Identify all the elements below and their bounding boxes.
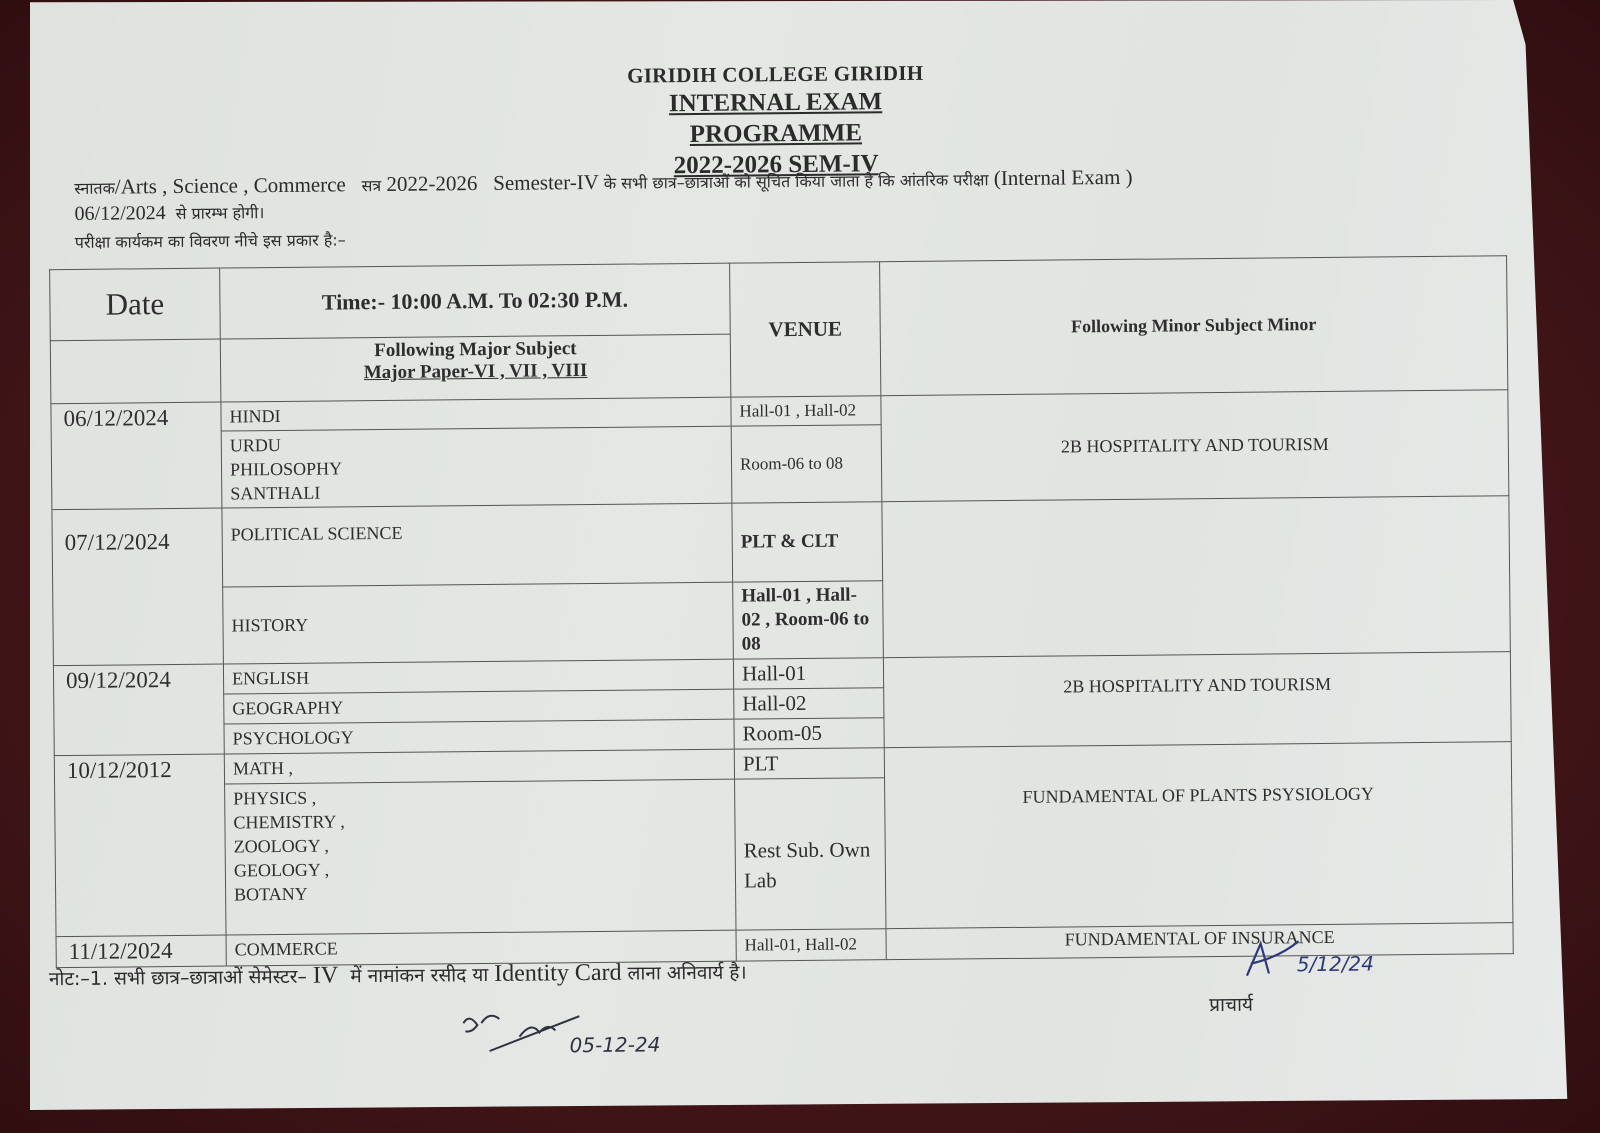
header-venue: VENUE	[730, 262, 881, 397]
header-major: Following Major Subject Major Paper-VI ,…	[220, 334, 731, 402]
date-cell: 09/12/2024	[53, 664, 224, 756]
officer-signature: 05-12-24	[459, 1001, 730, 1069]
intro-hindi-notice: के सभी छात्र–छात्राओं को सूचित किया जाता…	[604, 170, 989, 193]
header-date: Date	[50, 268, 221, 341]
venue-cell: Hall-01 , Hall-02	[731, 396, 881, 426]
exam-title-line1: INTERNAL EXAM	[555, 85, 995, 120]
header-date-blank	[50, 339, 221, 404]
header-major-line2: Major Paper-VI , VII , VIII	[229, 359, 722, 386]
date-cell: 07/12/2024	[52, 508, 223, 666]
note-identity-card: Identity Card	[494, 960, 622, 987]
start-date: 06/12/2024	[74, 202, 165, 225]
header-time: Time:- 10:00 A.M. To 02:30 P.M.	[220, 263, 731, 339]
note-hindi-part2: में नामांकन रसीद या	[350, 964, 488, 987]
subject-cell: URDU PHILOSOPHY SANTHALI	[221, 426, 732, 508]
minor-subject-cell: FUNDAMENTAL OF PLANTS PSYSIOLOGY	[884, 742, 1513, 929]
minor-subject-cell: 2B HOSPITALITY AND TOURISM	[881, 390, 1509, 502]
exam-schedule-table: Date Time:- 10:00 A.M. To 02:30 P.M. VEN…	[49, 255, 1514, 968]
signature-scribble-icon: 05-12-24	[459, 1001, 730, 1064]
note-hindi-part3: लाना अनिवार्य है।	[627, 962, 746, 985]
date-cell: 06/12/2024	[51, 402, 222, 510]
intro-line-3: परीक्षा कार्यकम का विवरण नीचे इस प्रकार …	[75, 228, 346, 253]
minor-subject-cell	[882, 496, 1510, 658]
exam-title-line2: PROGRAMME	[556, 116, 996, 151]
footer-note: नोट:–1. सभी छात्र–छात्राओं सेमेस्टर– IV …	[49, 959, 747, 993]
venue-cell: Rest Sub. Own Lab	[735, 778, 886, 930]
signature-date: 05-12-24	[569, 1032, 660, 1057]
subject-cell: POLITICAL SCIENCE	[222, 503, 733, 587]
subject-cell: PSYCHOLOGY	[224, 719, 734, 754]
venue-cell: Hall-01	[733, 658, 883, 689]
intro-streams: /Arts , Science , Commerce	[115, 172, 346, 198]
intro-line-1: स्नातक/Arts , Science , Commerce सत्र 20…	[74, 162, 1474, 201]
venue-cell: Hall-01, Hall-02	[736, 929, 886, 961]
subject-cell: GEOGRAPHY	[224, 689, 734, 724]
start-date-hindi: से प्रारम्भ होगी।	[176, 203, 265, 223]
subject-cell: HISTORY	[223, 582, 734, 664]
signature-date: 5/12/24	[1297, 952, 1374, 977]
intro-line-2: 06/12/2024 से प्रारम्भ होगी।	[74, 201, 264, 226]
subject-name: SANTHALI	[230, 477, 723, 506]
note-hindi-part1: नोट:–1. सभी छात्र–छात्राओं सेमेस्टर–	[49, 966, 307, 990]
venue-cell: Room-06 to 08	[731, 425, 882, 503]
intro-internal-exam: (Internal Exam )	[994, 165, 1133, 190]
venue-cell: Room-05	[734, 718, 884, 749]
table-row: 07/12/2024 POLITICAL SCIENCE PLT & CLT	[52, 496, 1510, 589]
minor-subject-cell: FUNDAMENTAL OF INSURANCE	[886, 923, 1513, 960]
subject-cell: ENGLISH	[223, 659, 733, 694]
venue-cell: PLT & CLT	[732, 502, 883, 582]
venue-cell: Hall-01 , Hall-02 , Room-06 to 08	[733, 581, 884, 659]
subject-cell: PHYSICS , CHEMISTRY , ZOOLOGY , GEOLOGY …	[225, 779, 736, 935]
minor-subject-cell: 2B HOSPITALITY AND TOURISM	[883, 652, 1511, 748]
date-cell: 11/12/2024	[56, 935, 226, 968]
subject-cell: MATH ,	[224, 749, 734, 784]
intro-semester: Semester-IV	[493, 170, 599, 195]
venue-cell: PLT	[734, 748, 884, 779]
date-cell: 10/12/2012	[54, 754, 226, 937]
intro-session-label: सत्र	[361, 176, 381, 195]
header-row-1: Date Time:- 10:00 A.M. To 02:30 P.M. VEN…	[50, 256, 1508, 341]
intro-hindi-prefix: स्नातक	[74, 179, 115, 198]
document-header: GIRIDIH COLLEGE GIRIDIH INTERNAL EXAM PR…	[555, 60, 996, 182]
principal-label: प्राचार्य	[1209, 991, 1253, 1017]
venue-cell: Hall-02	[734, 688, 884, 719]
subject-name: BOTANY	[234, 878, 727, 907]
note-semester: IV	[313, 962, 339, 988]
intro-session: 2022-2026	[386, 171, 477, 196]
header-minor: Following Minor Subject Minor	[880, 256, 1508, 396]
principal-signature: 5/12/24	[1239, 934, 1400, 991]
signature-scribble-icon: 5/12/24	[1239, 934, 1399, 986]
document-content: GIRIDIH COLLEGE GIRIDIH INTERNAL EXAM PR…	[0, 0, 1600, 1133]
